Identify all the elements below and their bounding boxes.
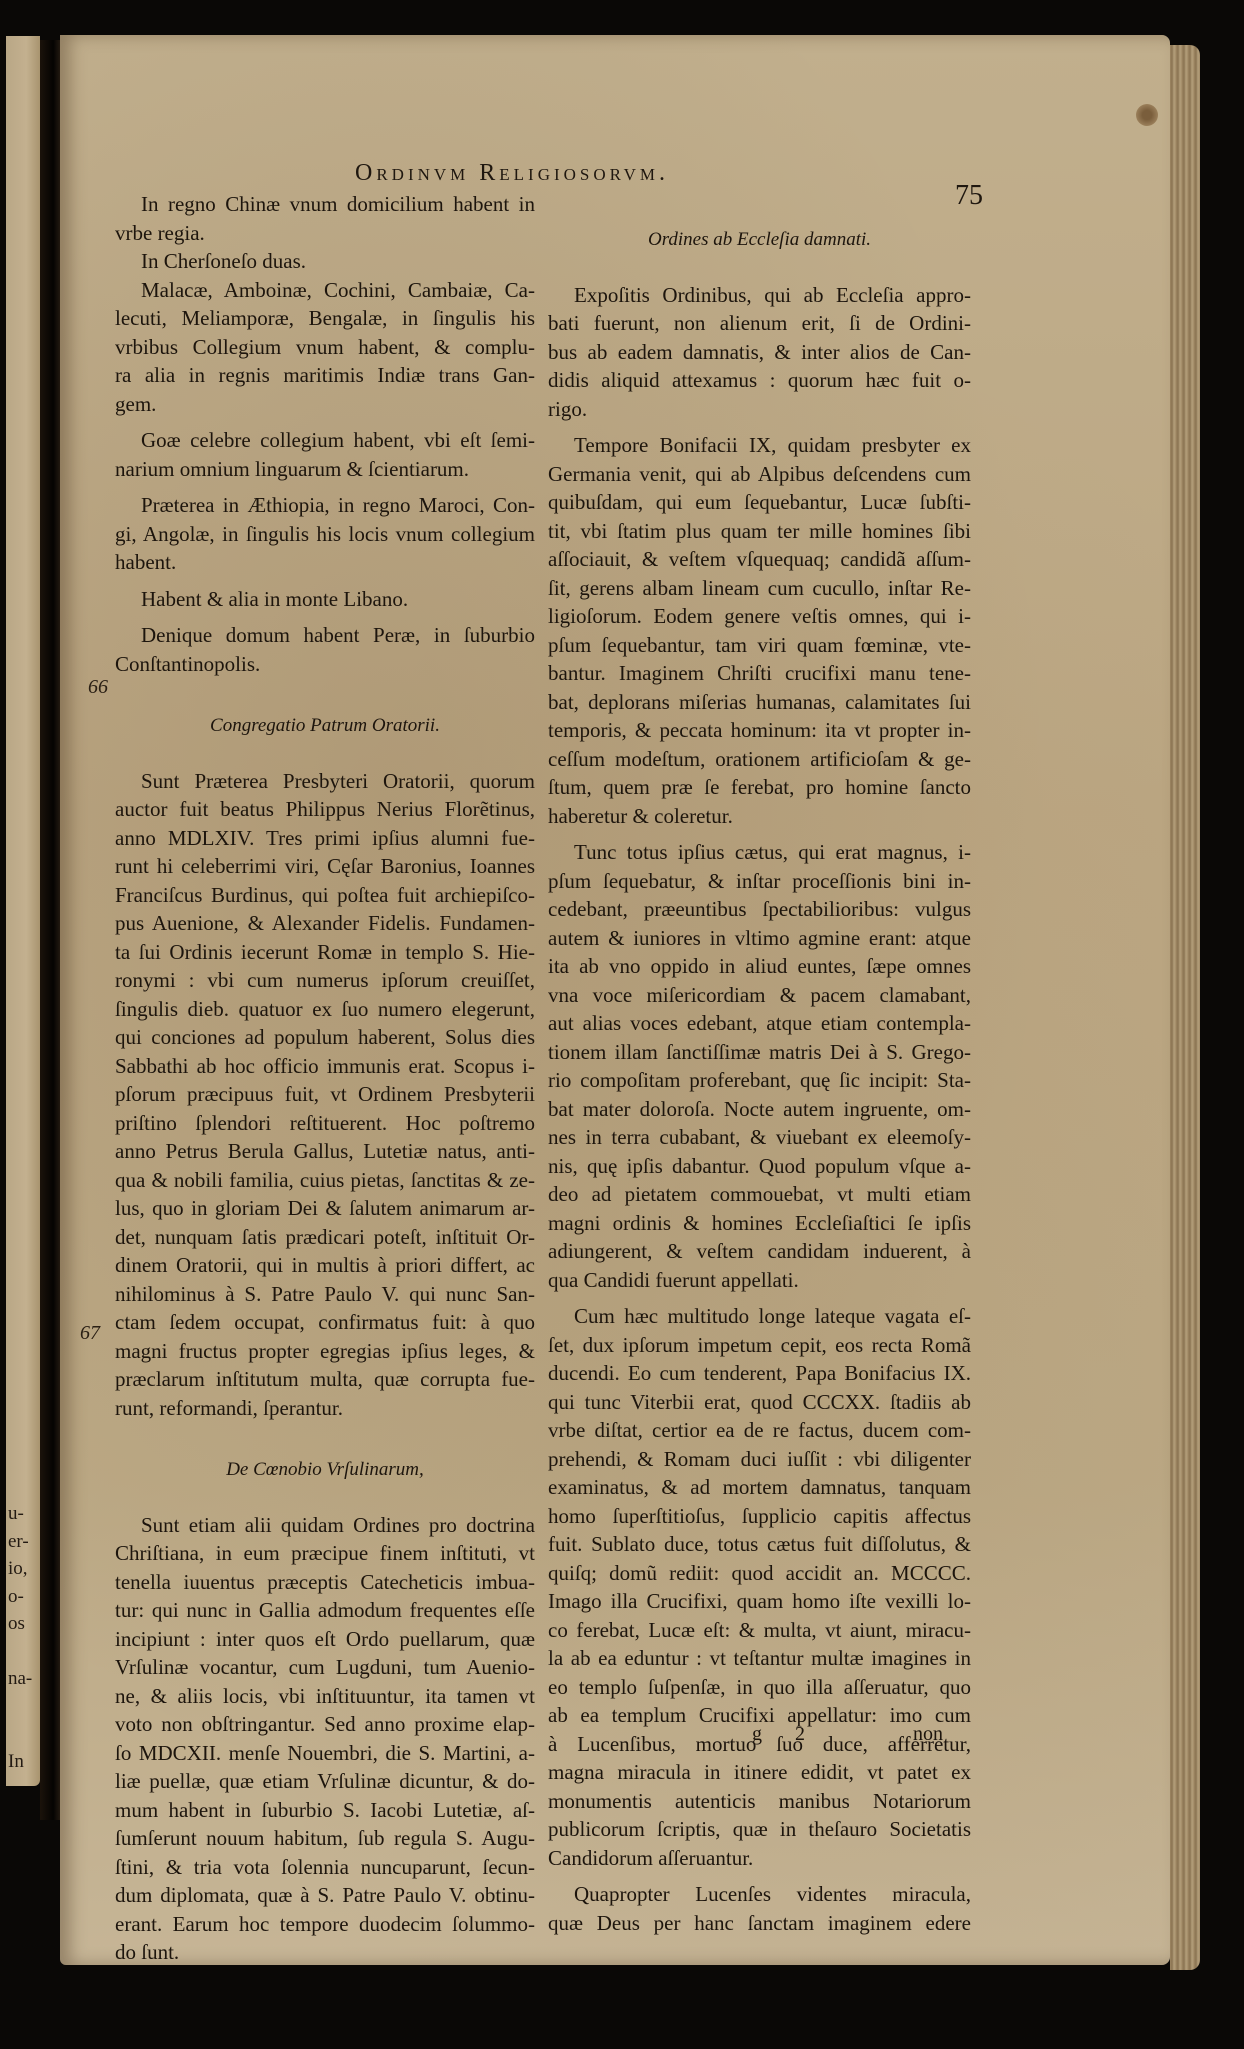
text-line: ligioſorum. Eodem genere veſtis omnes, q… [548,602,971,631]
book-gutter [40,40,62,1820]
text-line: Tunc totus ipſius cætus, qui erat magnus… [548,838,971,867]
section-heading-oratorii: Congregatio Patrum Oratorii. [115,712,535,741]
text-line: rio compoſitam proferebant, quę ſic inci… [548,1066,971,1095]
text-line: monumentis autenticis manibus Notariorum [548,1787,971,1816]
text-line: nis, quę ipſis dabantur. Quod populum vſ… [548,1152,971,1181]
text-line: Conſtantinopolis. [115,650,535,679]
text-line: publicorum ſcriptis, quæ in theſauro Soc… [548,1815,971,1844]
text-line: didis aliquid attexamus : quorum hæc fui… [548,366,971,395]
text-line: aut alias voces edebant, atque etiam con… [548,1009,971,1038]
fragment-line: In [8,1748,38,1776]
text-line: qua Candidi fuerunt appellati. [548,1266,971,1295]
fragment-line: o- [8,1583,38,1611]
text-line: vrbibus Collegium vnum habent, & complu- [115,333,535,362]
text-line: homo ſuperſtitioſus, ſupplicio capitis a… [548,1502,971,1531]
text-line: ducendi. Eo cum tenderent, Papa Bonifaci… [548,1359,971,1388]
text-line: ctam ſedem occupat, confirmatus fuit: à … [115,1308,535,1337]
text-line: aſſociauit, & veſtem vſquequaq; candidã … [548,545,971,574]
paragraph-gap [115,613,535,621]
text-line: quiſq; domũ rediit: quod accidit an. MCC… [548,1559,971,1588]
left-column: In regno Chinæ vnum domicilium habent in… [115,190,535,1967]
text-line: priſtino ſplendori reſtituerent. Hoc poſ… [115,1109,535,1138]
margin-number-67: 67 [80,1322,100,1345]
previous-page-text-fragments: u-er-io,o-os na- In [8,1500,38,1775]
text-line: Expoſitis Ordinibus, qui ab Eccleſia app… [548,281,971,310]
text-line: Quapropter Lucenſes videntes miracula, [548,1880,971,1909]
paragraph-gap [548,830,971,838]
fragment-line: na- [8,1665,38,1693]
margin-number-66: 66 [88,676,108,699]
text-line: Imago illa Crucifixi, quam homo iſte vex… [548,1587,971,1616]
text-line: autem & iuniores in vltimo agmine erant:… [548,924,971,953]
text-line: ſingulis dieb. quatuor ex ſuo numero ele… [115,995,535,1024]
text-line: dinem Oratorii, qui in multis à priori d… [115,1251,535,1280]
text-line: Cum hæc multitudo longe lateque vagata e… [548,1302,971,1331]
text-line: voto non obſtringantur. Sed anno proxime… [115,1710,535,1739]
running-head: Ordinvm Religiosorvm. [355,160,669,187]
text-line: gem. [115,390,535,419]
section-heading-damnati: Ordines ab Eccleſia damnati. [548,226,971,255]
text-line: Candidorum aſſeruantur. [548,1844,971,1873]
text-line: pus Auenione, & Alexander Fidelis. Funda… [115,909,535,938]
text-line: vna voce miſericordiam & pacem clamabant… [548,981,971,1010]
fragment-line [8,1693,38,1721]
text-line: ra alia in regnis maritimis Indiæ trans … [115,361,535,390]
text-line: ſtini, & tria vota ſolennia nuncuparunt,… [115,1853,535,1882]
text-line: co ferebat, Lucæ eſt: & multa, vt aiunt,… [548,1616,971,1645]
text-line: rigo. [548,395,971,424]
text-line: magni ordinis & homines Eccleſiaſtici ſe… [548,1209,971,1238]
paragraph-gap [115,483,535,491]
paper-stain [1136,104,1158,126]
text-line: det, nunquam ſatis prædicari poteſt, inſ… [115,1223,535,1252]
page-fore-edge [1170,45,1200,1970]
paragraph-gap [548,1872,971,1880]
text-line: tit, vbi ſtatim plus quam ter mille homi… [548,517,971,546]
text-line: ceſſum modeſtum, orationem artificioſam … [548,745,971,774]
text-line: do ſunt. [115,1938,535,1967]
text-line: præclarum inſtitutum multa, quæ corrupta… [115,1365,535,1394]
text-line: bus ab eadem damnatis, & inter alios de … [548,338,971,367]
fragment-line: u- [8,1500,38,1528]
page-number: 75 [955,180,983,212]
text-line: Tempore Bonifacii IX, quidam presbyter e… [548,431,971,460]
text-line: runt hi celeberrimi viri, Cęſar Baronius… [115,852,535,881]
paragraph-gap [115,418,535,426]
text-line: ſumſerunt nouum habitum, ſub regula S. A… [115,1824,535,1853]
signature-mark: g 2 [752,1723,819,1746]
intro-paragraphs: In regno Chinæ vnum domicilium habent in… [115,190,535,678]
text-line: temporis, & peccata hominum: ita vt prop… [548,716,971,745]
text-line: auctor fuit beatus Philippus Nerius Flor… [115,795,535,824]
text-line: incipiunt : inter quos eſt Ordo puellaru… [115,1625,535,1654]
text-line: ne, & aliis locis, vbi inſtituuntur, ita… [115,1682,535,1711]
text-line: In Cherſoneſo duas. [115,247,535,276]
text-line: nihilominus à S. Patre Paulo V. qui nunc… [115,1280,535,1309]
text-line: ronymi : vbi cum numerus ipſorum creuiſſ… [115,966,535,995]
text-line: gi, Angolæ, in ſingulis his locis vnum c… [115,520,535,549]
text-line: la ab ea eduntur : vt teſtantur multæ im… [548,1644,971,1673]
text-line: qui tunc Viterbii erat, quod CCCXX. ſtad… [548,1388,971,1417]
text-line: magna miracula in itinere edidit, vt pat… [548,1758,971,1787]
text-line: quæ Deus per hanc ſanctam imaginem edere [548,1909,971,1938]
text-line: tur: qui nunc in Gallia admodum frequent… [115,1596,535,1625]
paragraph-gap [548,1294,971,1302]
text-line: ſtum, quem præ ſe ferebat, pro homine ſa… [548,773,971,802]
text-line: prehendi, & Romam duci iuſſit : vbi dili… [548,1445,971,1474]
text-line: Vrſulinæ vocantur, cum Lugduni, tum Auen… [115,1653,535,1682]
text-line: pſum ſequebantur, tam viri quam fœminæ, … [548,631,971,660]
text-line: fuit. Sublato duce, totus cætus fuit diſ… [548,1530,971,1559]
text-line: ſit, gerens albam lineam cum cucullo, in… [548,574,971,603]
text-line: Malacæ, Amboinæ, Cochini, Cambaiæ, Ca- [115,276,535,305]
paragraph-gap [548,423,971,431]
text-line: runt, reformandi, ſperantur. [115,1394,535,1423]
text-line: tionem illam ſanctiſſimæ matris Dei à S.… [548,1038,971,1067]
text-line: examinatus, & ad mortem damnatus, tanqua… [548,1473,971,1502]
text-line: mum habent in ſuburbio S. Iacobi Lutetiæ… [115,1796,535,1825]
text-line: Præterea in Æthiopia, in regno Maroci, C… [115,491,535,520]
text-line: eo templo ſuſpenſæ, in quo illa aſſeruat… [548,1673,971,1702]
fragment-line [8,1720,38,1748]
fragment-line: os [8,1610,38,1638]
paragraph-gap [115,577,535,585]
text-line: Germania venit, qui ab Alpibus deſcenden… [548,460,971,489]
text-line: ita ab vno oppido in aliud euntes, ſæpe … [548,952,971,981]
text-line: anno Petrus Berula Gallus, Lutetiæ natus… [115,1137,535,1166]
fragment-line [8,1638,38,1666]
text-line: erant. Earum hoc tempore duodecim ſolumm… [115,1910,535,1939]
text-line: tenella iuuentus præceptis Catecheticis … [115,1568,535,1597]
text-line: deo ad pietatem commouebat, vt multi eti… [548,1180,971,1209]
text-line: liæ puellæ, quæ etiam Vrſulinæ dicuntur,… [115,1767,535,1796]
text-line: bati fuerunt, non alienum erit, ſi de Or… [548,309,971,338]
text-line: Habent & alia in monte Libano. [115,585,535,614]
text-line: qua & nobili familia, cuius pietas, ſanc… [115,1166,535,1195]
text-line: In regno Chinæ vnum domicilium habent in [115,190,535,219]
text-line: bat, deplorans miſerias humanas, calamit… [548,688,971,717]
text-line: nes in terra cubabant, & viuebant ex ele… [548,1123,971,1152]
text-line: Chriſtiana, in eum præcipue finem inſtit… [115,1539,535,1568]
text-line: anno MDLXIV. Tres primi ipſius alumni fu… [115,824,535,853]
damnati-paragraphs: Expoſitis Ordinibus, qui ab Eccleſia app… [548,281,971,1938]
text-line: Franciſcus Burdinus, qui poſtea fuit arc… [115,881,535,910]
text-line: Sunt etiam alii quidam Ordines pro doctr… [115,1511,535,1540]
section-heading-ursulinarum: De Cœnobio Vrſulinarum, [115,1456,535,1485]
text-line: lecuti, Meliamporæ, Bengalæ, in ſingulis… [115,304,535,333]
ursulinarum-paragraph: Sunt etiam alii quidam Ordines pro doctr… [115,1511,535,1967]
oratorii-paragraph: Sunt Præterea Presbyteri Oratorii, quoru… [115,767,535,1423]
text-line: bantur. Imaginem Chriſti crucifixi manu … [548,659,971,688]
text-line: vrbe diſtat, certior ea de re factus, du… [548,1416,971,1445]
text-line: magni fructus propter egregias ipſius le… [115,1337,535,1366]
catchword: non [913,1723,943,1746]
text-line: Sunt Præterea Presbyteri Oratorii, quoru… [115,767,535,796]
text-line: ſet, dux ipſorum impetum cepit, eos rect… [548,1331,971,1360]
text-line: adiungerent, & veſtem candidam induerent… [548,1237,971,1266]
fragment-line: er- [8,1528,38,1556]
text-line: Denique domum habent Peræ, in ſuburbio [115,621,535,650]
fragment-line: io, [8,1555,38,1583]
text-line: ta ſui Ordinis iecerunt Romæ in templo S… [115,938,535,967]
text-line: cedebant, præeuntibus ſpectabilioribus: … [548,895,971,924]
text-line: dum diplomata, quæ à S. Patre Paulo V. o… [115,1881,535,1910]
text-line: bat mater doloroſa. Nocte autem ingruent… [548,1095,971,1124]
text-line: quibuſdam, qui eum ſequebantur, Lucæ ſub… [548,488,971,517]
text-line: haberetur & coleretur. [548,802,971,831]
text-line: habent. [115,548,535,577]
text-line: Goæ celebre collegium habent, vbi eſt ſe… [115,426,535,455]
text-line: pſum ſequebatur, & inſtar proceſſionis b… [548,867,971,896]
right-column: Ordines ab Eccleſia damnati. Expoſitis O… [548,226,971,1937]
text-line: vrbe regia. [115,219,535,248]
text-line: pſorum præcipuus fuit, vt Ordinem Presby… [115,1080,535,1109]
text-line: lus, quo in gloriam Dei & ſalutem animar… [115,1194,535,1223]
text-line: Sabbathi ab hoc officio immunis erat. Sc… [115,1052,535,1081]
text-line: narium omnium linguarum & ſcientiarum. [115,455,535,484]
text-line: ſo MDCXII. menſe Nouembri, die S. Martin… [115,1739,535,1768]
text-line: qui conciones ad populum haberent, Solus… [115,1023,535,1052]
